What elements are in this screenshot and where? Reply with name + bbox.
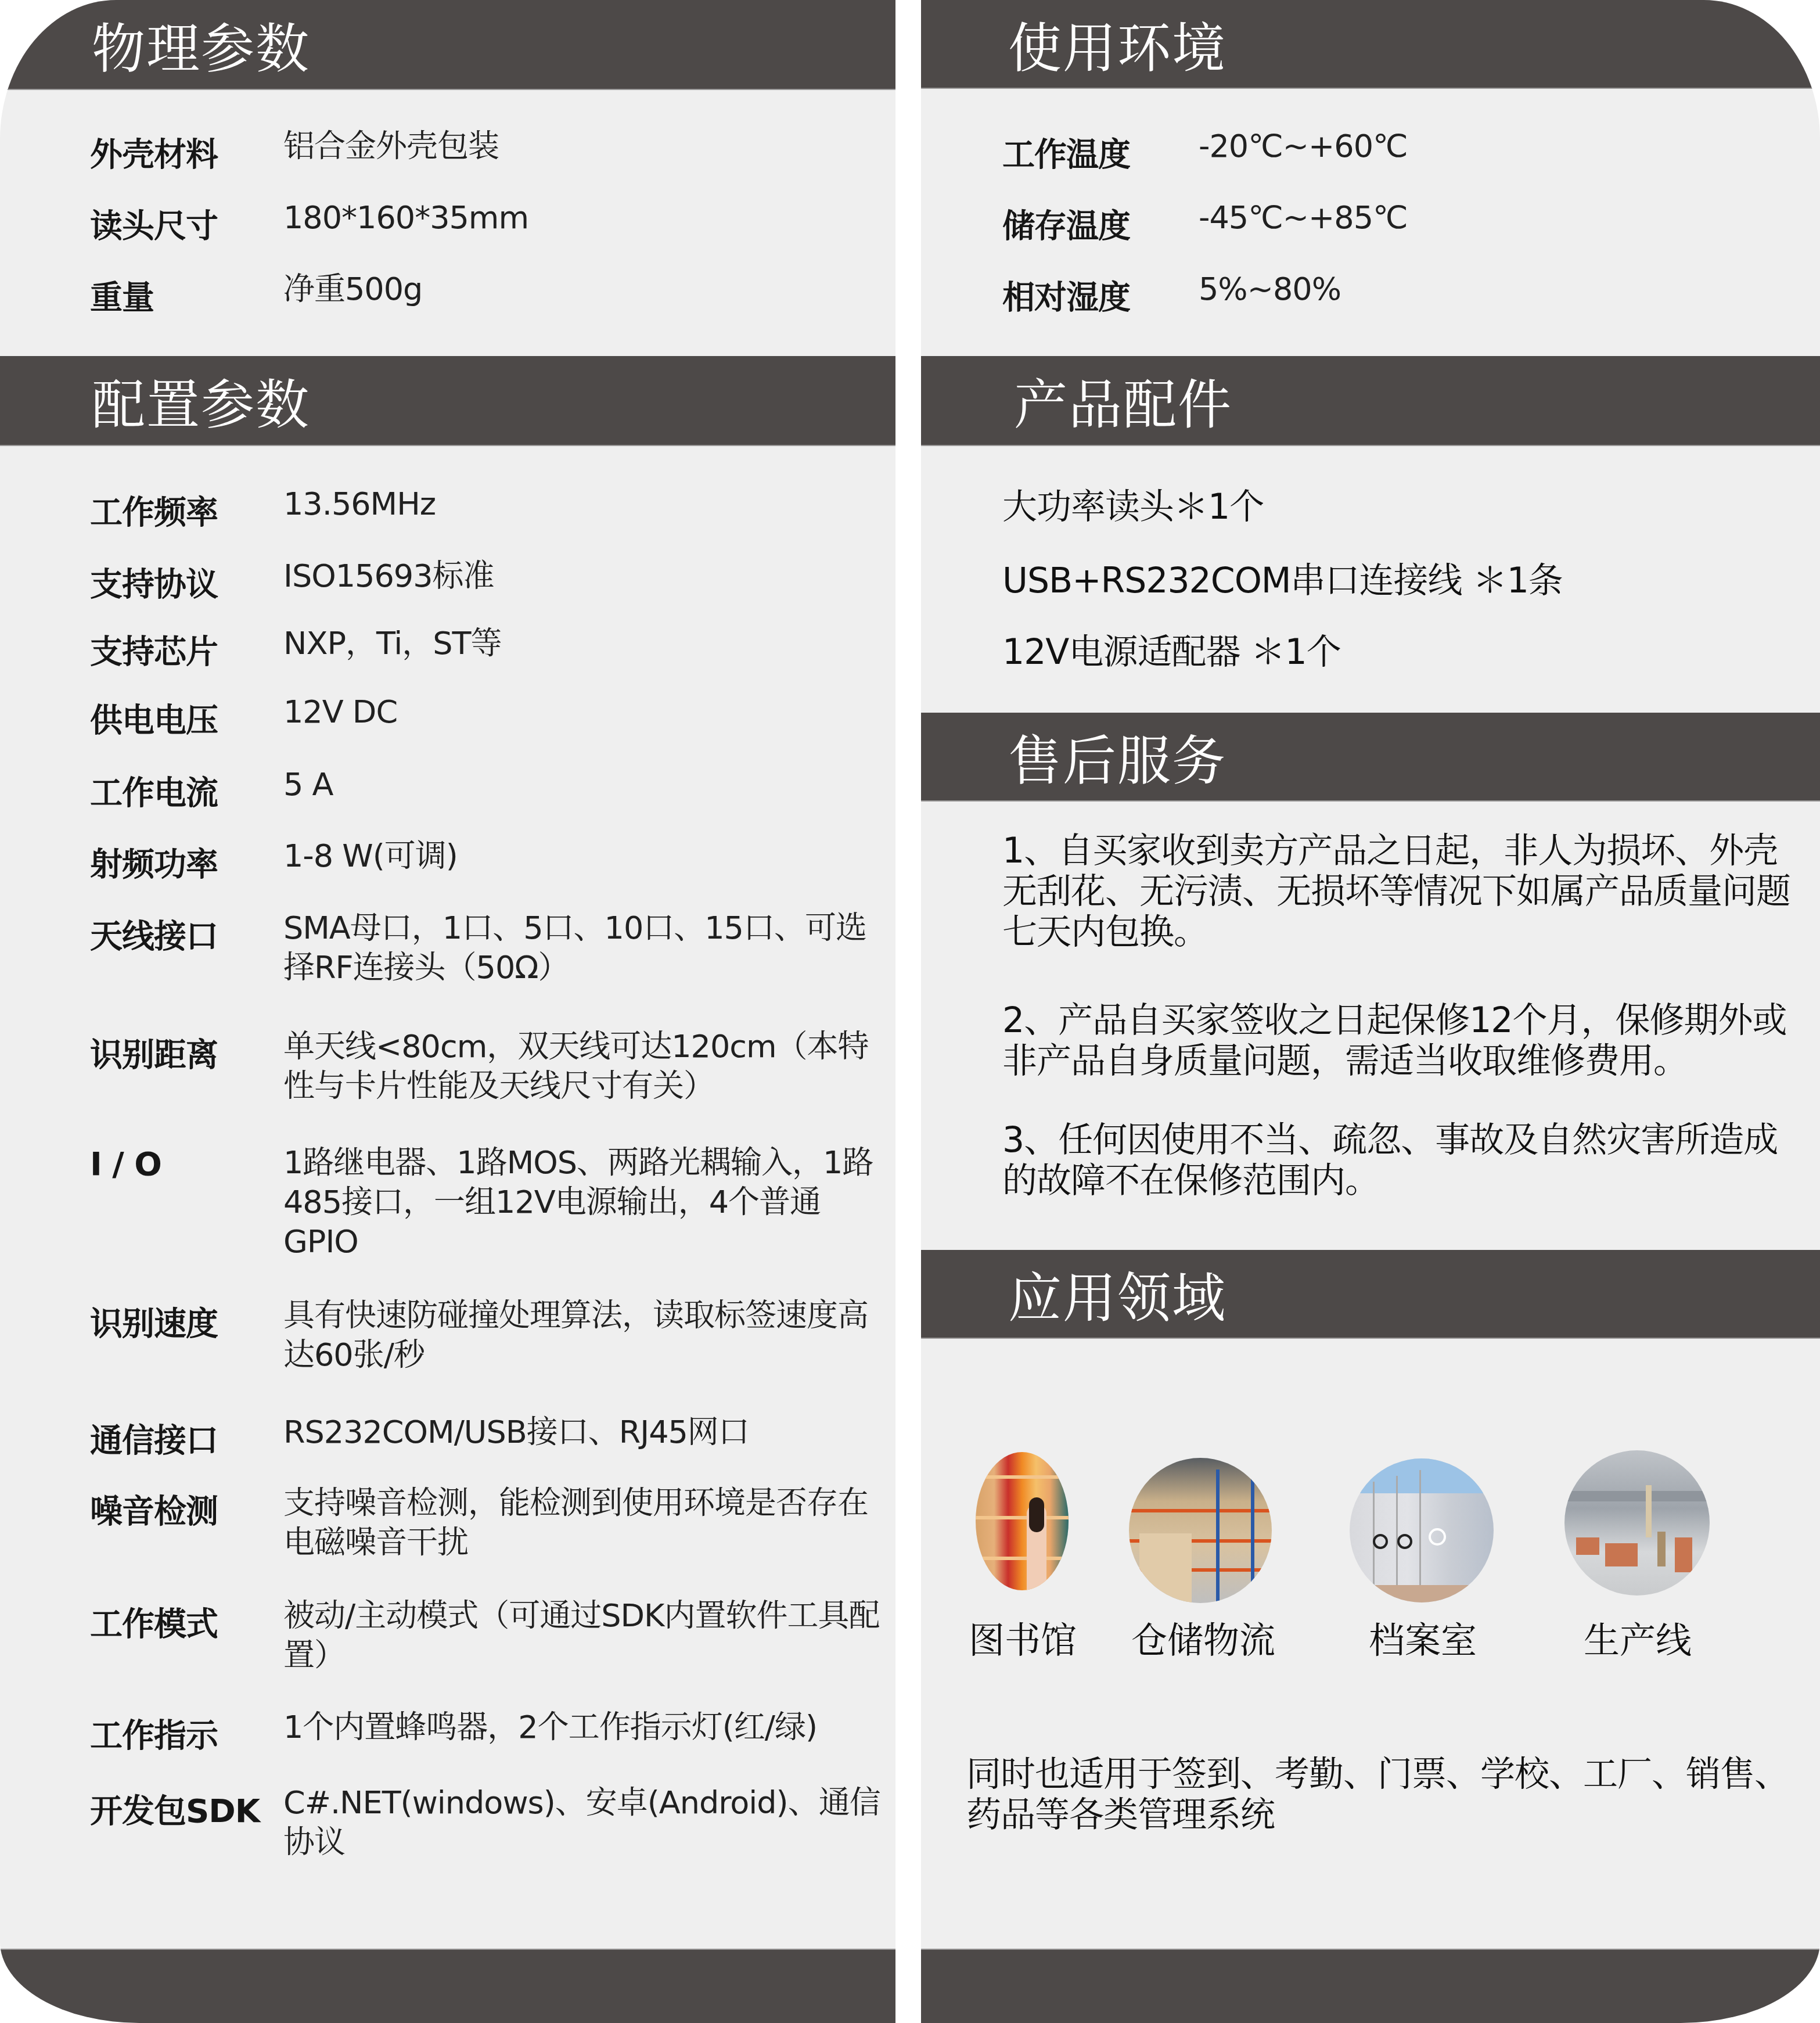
spec-value: 13.56MHz [283,484,882,524]
right-footer-bar [921,1949,1820,2023]
spec-value: RS232COM/USB接口、RJ45网口 [283,1413,882,1452]
accessory-item: 12V电源适配器 ＊1个 [1002,624,1341,674]
spec-value: NXP，Ti，ST等 [283,624,882,663]
spec-label: 支持芯片 [90,626,218,673]
physical-params-header: 物理参数 [0,0,895,90]
environment-header: 使用环境 [921,0,1820,89]
spec-value: 净重500g [283,270,882,309]
left-panel: 物理参数 外壳材料 铝合金外壳包装 读头尺寸 180*160*35mm 重量 净… [0,0,895,2023]
spec-label: 工作指示 [90,1710,218,1756]
spec-label: 噪音检测 [90,1486,218,1532]
left-footer-bar [0,1949,895,2023]
config-params-header: 配置参数 [0,356,895,446]
spec-value: 5 A [283,765,882,804]
spec-value: ISO15693标准 [283,556,882,596]
spec-label: I / O [90,1145,161,1183]
warehouse-photo [1129,1458,1272,1603]
spec-label: 支持协议 [90,559,218,605]
spec-value: 具有快速防碰撞处理算法，读取标签速度高达60张/秒 [283,1296,882,1375]
spec-value: 1-8 W(可调) [283,836,882,876]
after-sales-header: 售后服务 [921,713,1820,802]
app-label-library: 图书馆 [950,1612,1095,1663]
archive-photo [1350,1458,1494,1602]
spec-value: 5%~80% [1199,270,1779,309]
service-clause: 2、产品自买家签收之日起保修12个月，保修期外或非产品自身质量问题，需适当收取维… [1002,1000,1804,1081]
spec-value: 1个内置蜂鸣器，2个工作指示灯(红/绿) [283,1708,882,1747]
right-panel: 使用环境 工作温度 -20℃~+60℃ 储存温度 -45℃~+85℃ 相对湿度 … [921,0,1820,2023]
spec-label: 天线接口 [90,911,218,957]
spec-value: 180*160*35mm [283,198,882,238]
spec-label: 识别速度 [90,1298,218,1345]
also-applicable-text: 同时也适用于签到、考勤、门票、学校、工厂、销售、药品等各类管理系统 [966,1754,1803,1835]
spec-label: 射频功率 [90,839,218,885]
spec-label: 工作频率 [90,487,218,533]
spec-label: 通信接口 [90,1415,218,1461]
spec-value: 支持噪音检测，能检测到使用环境是否存在电磁噪音干扰 [283,1483,882,1562]
spec-value: 铝合金外壳包装 [283,127,882,166]
spec-label: 重量 [90,272,154,318]
spec-label: 供电电压 [90,695,218,741]
physical-params-title: 物理参数 [92,6,310,83]
applications-title: 应用领域 [1008,1256,1226,1332]
spec-label: 读头尺寸 [90,200,218,247]
service-clause: 1、自买家收到卖方产品之日起，非人为损坏、外壳无刮花、无污渍、无损坏等情况下如属… [1002,831,1804,953]
spec-value: 单天线<80cm，双天线可达120cm（本特性与卡片性能及天线尺寸有关） [283,1027,882,1106]
spec-label: 开发包SDK [90,1785,260,1832]
accessory-item: USB+RS232COM串口连接线 ＊1条 [1002,553,1563,603]
app-label-archive: 档案室 [1341,1612,1504,1663]
accessory-item: 大功率读头＊1个 [1002,479,1264,529]
spec-label: 外壳材料 [90,129,218,175]
spec-value: -45℃~+85℃ [1199,198,1779,238]
spec-label: 相对湿度 [1002,272,1130,318]
environment-title: 使用环境 [1008,6,1226,82]
spec-value: 12V DC [283,692,882,732]
spec-value: 1路继电器、1路MOS、两路光耦输入，1路485接口，一组12V电源输出，4个普… [283,1143,882,1262]
spec-value: SMA母口，1口、5口、10口、15口、可选择RF连接头（50Ω） [283,908,882,987]
accessories-header: 产品配件 [921,356,1820,446]
config-params-title: 配置参数 [92,362,310,439]
after-sales-title: 售后服务 [1008,718,1226,795]
library-photo [976,1452,1069,1590]
app-label-production-line: 生产线 [1556,1612,1719,1663]
applications-header: 应用领域 [921,1250,1820,1339]
spec-value: -20℃~+60℃ [1199,127,1779,166]
spec-label: 工作模式 [90,1598,218,1645]
spec-label: 储存温度 [1002,200,1130,247]
spec-value: 被动/主动模式（可通过SDK内置软件工具配置） [283,1596,882,1675]
production-line-photo [1564,1450,1710,1596]
spec-label: 工作电流 [90,767,218,814]
app-label-warehouse: 仓储物流 [1116,1612,1290,1663]
accessories-title: 产品配件 [1014,362,1232,439]
spec-label: 识别距离 [90,1029,218,1076]
spec-value: C#.NET(windows)、安卓(Android)、通信协议 [283,1783,882,1862]
spec-label: 工作温度 [1002,129,1130,175]
service-clause: 3、任何因使用不当、疏忽、事故及自然灾害所造成的故障不在保修范围内。 [1002,1120,1804,1201]
